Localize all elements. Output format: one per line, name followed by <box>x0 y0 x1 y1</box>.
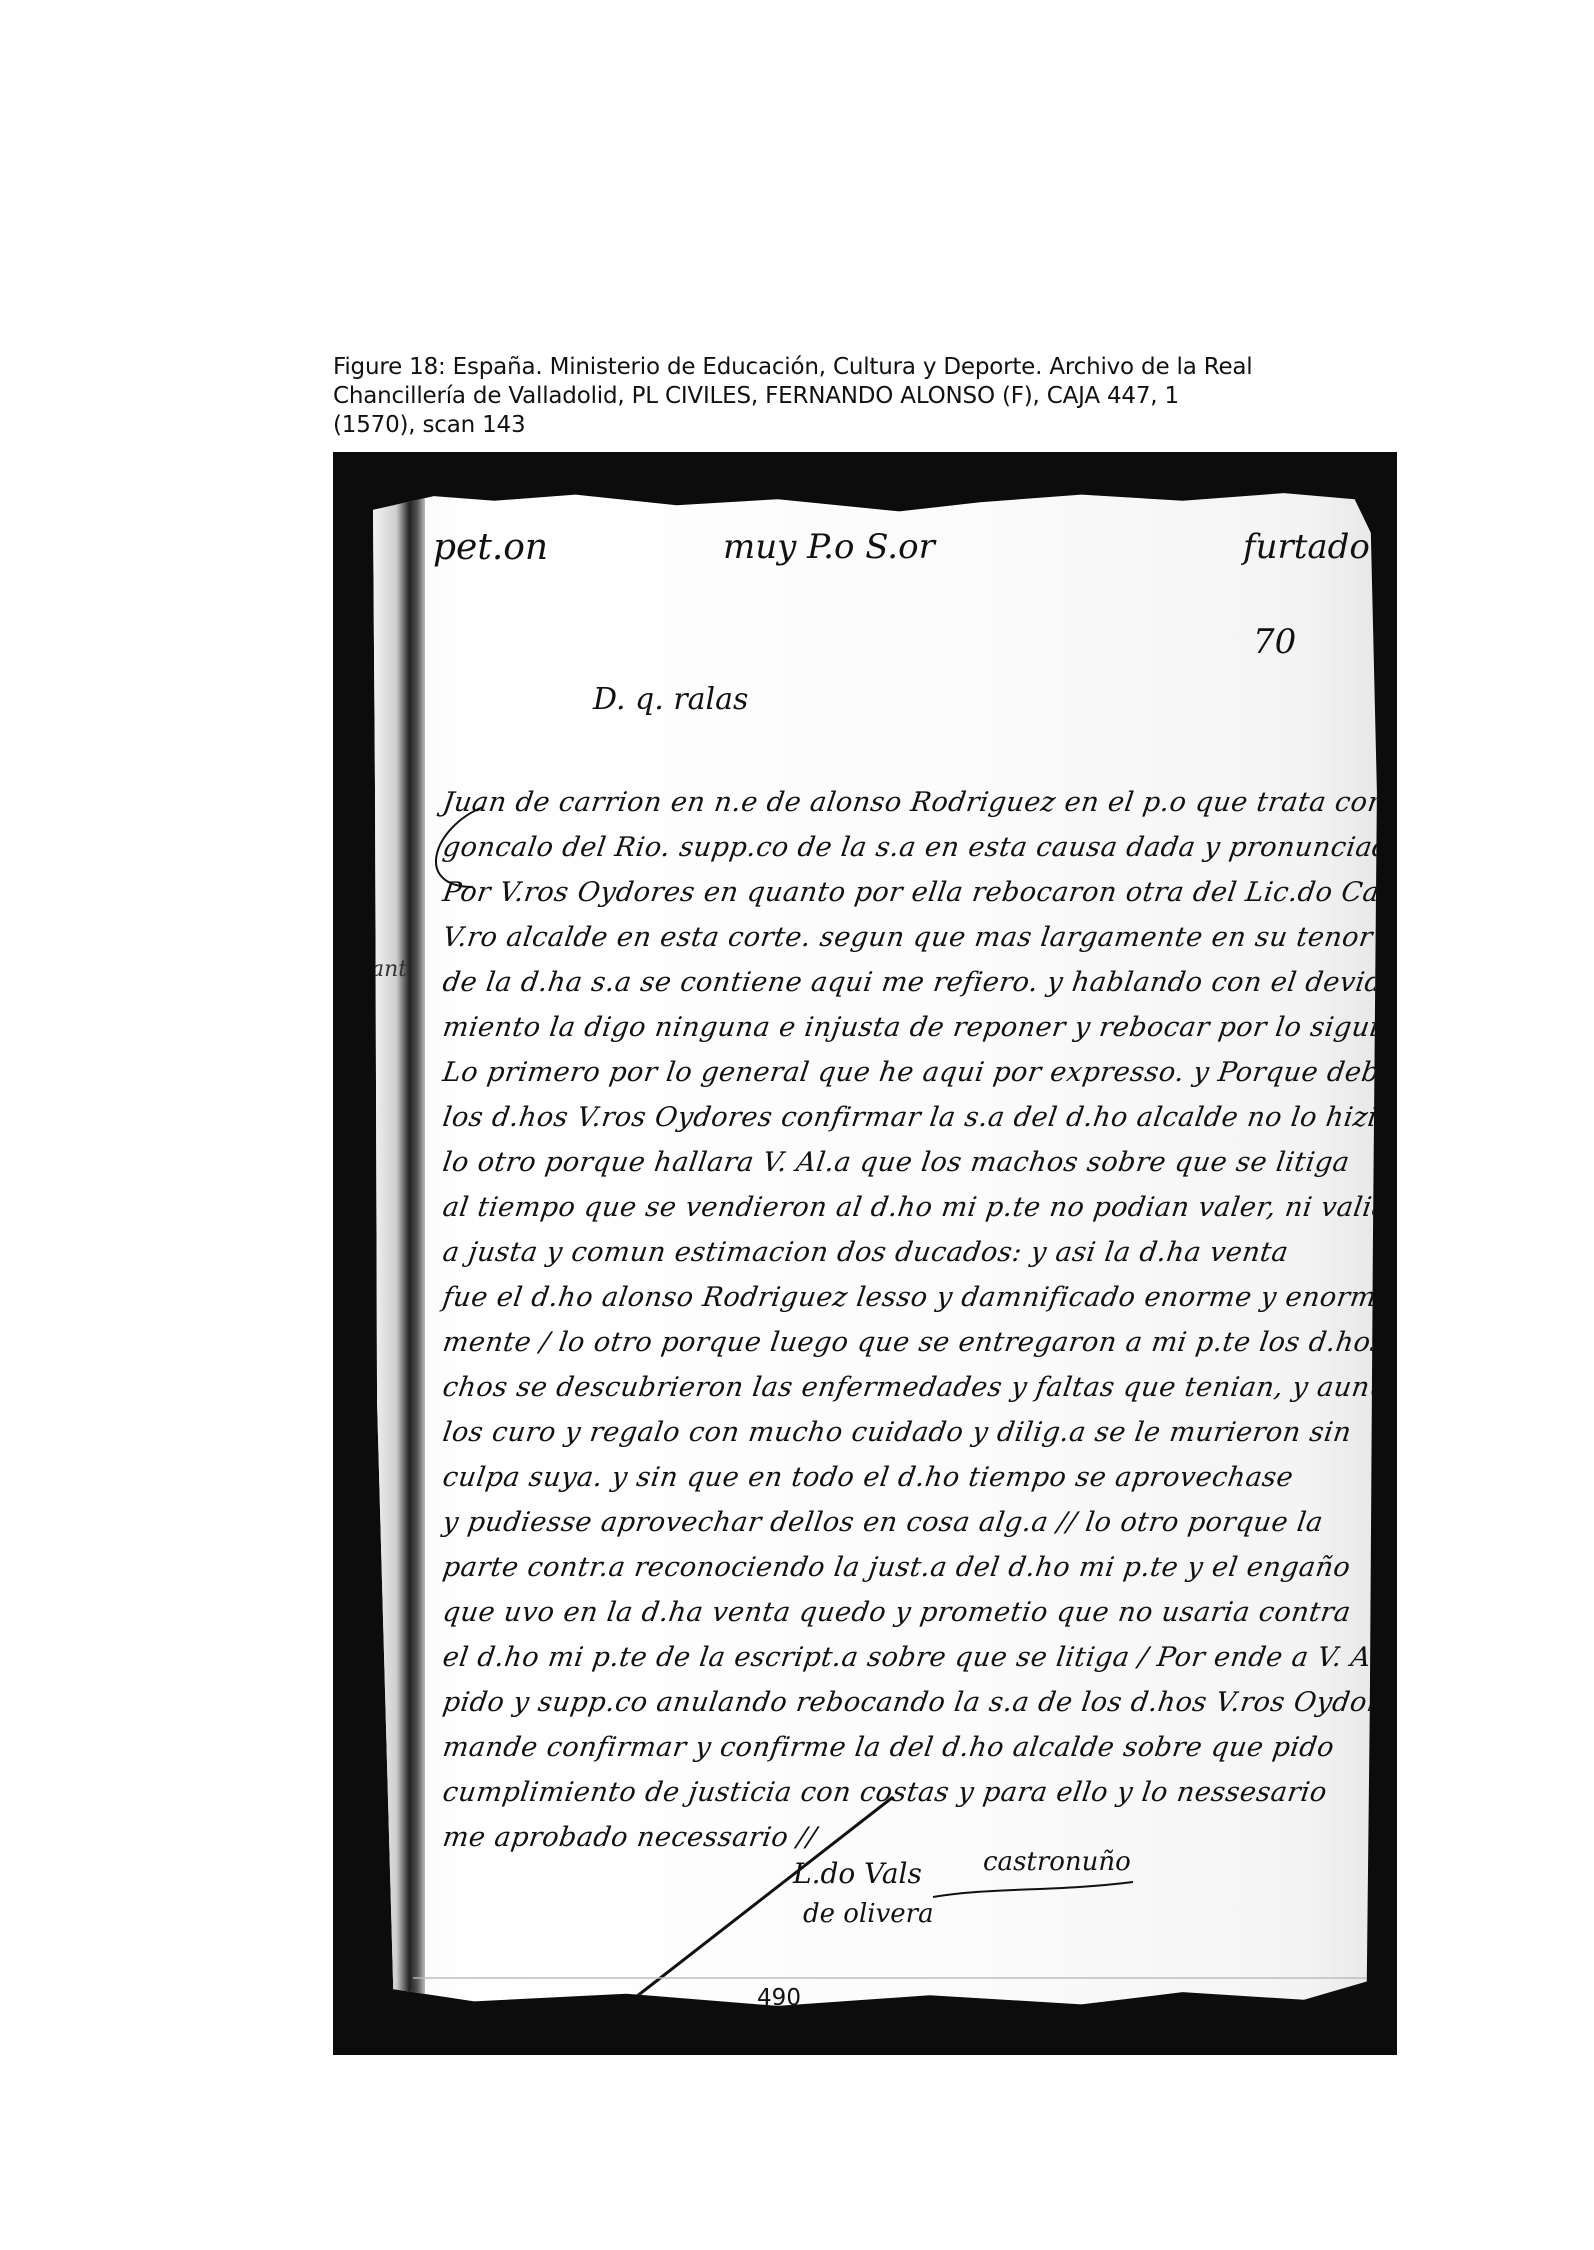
manuscript-line: chos se descubrieron las enfermedades y … <box>441 1372 1375 1403</box>
manuscript-line: Por V.ros Oydores en quanto por ella reb… <box>441 877 1375 908</box>
manuscript-line: de la d.ha s.a se contiene aqui me refie… <box>441 967 1375 998</box>
manuscript-line: parte contr.a reconociendo la just.a del… <box>441 1552 1375 1583</box>
header-right-note: furtado <box>1243 527 1370 567</box>
header-left-note: pet.on <box>433 527 548 568</box>
manuscript-line: lo otro porque hallara V. Al.a que los m… <box>441 1147 1375 1178</box>
folio-number: 70 <box>1253 622 1296 662</box>
margin-note: ant <box>371 957 407 982</box>
figure-caption: Figure 18: España. Ministerio de Educaci… <box>333 353 1397 440</box>
manuscript-line: los d.hos V.ros Oydores confirmar la s.a… <box>441 1102 1375 1133</box>
manuscript-heading: D. q. ralas <box>593 682 748 717</box>
manuscript-line: al tiempo que se vendieron al d.ho mi p.… <box>441 1192 1375 1223</box>
manuscript-line: pido y supp.co anulando rebocando la s.a… <box>441 1687 1375 1718</box>
manuscript-line: que uvo en la d.ha venta quedo y prometi… <box>441 1597 1375 1628</box>
binding-spine <box>373 487 425 2012</box>
manuscript-line: me aprobado necessario // <box>441 1822 1375 1853</box>
manuscript-line: goncalo del Rio. supp.co de la s.a en es… <box>441 832 1375 863</box>
manuscript-line: los curo y regalo con mucho cuidado y di… <box>441 1417 1375 1448</box>
caption-line-2: Chancillería de Valladolid, PL CIVILES, … <box>333 382 1397 411</box>
signature-1: L.do Vals <box>793 1857 922 1890</box>
manuscript-line: mande confirmar y confirme la del d.ho a… <box>441 1732 1375 1763</box>
manuscript-line: fue el d.ho alonso Rodriguez lesso y dam… <box>441 1282 1375 1313</box>
manuscript-line: mente / lo otro porque luego que se entr… <box>441 1327 1375 1358</box>
manuscript-line: y pudiesse aprovechar dellos en cosa alg… <box>441 1507 1375 1538</box>
manuscript-page: pet.on muy P.o S.or furtado 70 D. q. ral… <box>373 487 1385 2012</box>
signature-3: castronuño <box>983 1847 1131 1877</box>
manuscript-scan: pet.on muy P.o S.or furtado 70 D. q. ral… <box>333 452 1397 2055</box>
manuscript-line: miento la digo ninguna e injusta de repo… <box>441 1012 1375 1043</box>
manuscript-line: culpa suya. y sin que en todo el d.ho ti… <box>441 1462 1375 1493</box>
page-number: 490 <box>0 1985 1594 2011</box>
page-number-text: 490 <box>757 1985 801 2011</box>
manuscript-line: a justa y comun estimacion dos ducados: … <box>441 1237 1375 1268</box>
manuscript-line: Juan de carrion en n.e de alonso Rodrigu… <box>441 787 1375 818</box>
header-center-note: muy P.o S.or <box>723 527 935 567</box>
manuscript-line: el d.ho mi p.te de la escript.a sobre qu… <box>441 1642 1375 1673</box>
caption-line-1: Figure 18: España. Ministerio de Educaci… <box>333 353 1397 382</box>
manuscript-line: V.ro alcalde en esta corte. segun que ma… <box>441 922 1375 953</box>
manuscript-line: cumplimiento de justicia con costas y pa… <box>441 1777 1375 1808</box>
paper-fold-line <box>413 1977 1397 1979</box>
caption-line-3: (1570), scan 143 <box>333 411 1397 440</box>
signature-2: de olivera <box>803 1899 934 1929</box>
manuscript-line: Lo primero por lo general que he aqui po… <box>441 1057 1375 1088</box>
